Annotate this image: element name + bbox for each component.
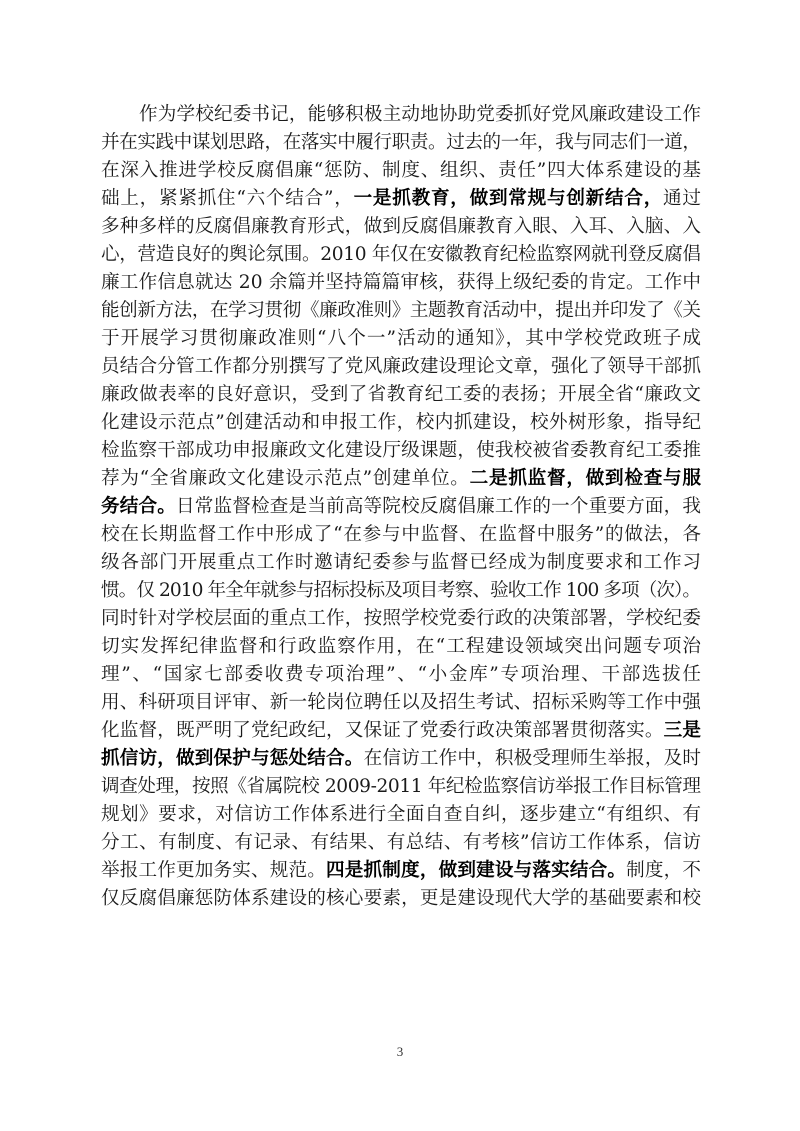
text-segment: 廉政做表率的良好意识，受到了省教育纪工委的表扬；开展全省“廉政文: [101, 384, 701, 405]
text-segment: 级各部门开展重点工作时邀请纪委参与监督已经成为制度要求和工作习: [101, 552, 702, 573]
text-line: 用、科研项目评审、新一轮岗位聘任以及招生考试、招标采购等工作中强: [101, 689, 701, 717]
text-line: 心，营造良好的舆论氛围。2010 年仅在安徽教育纪检监察网就刊登反腐倡: [101, 241, 701, 269]
text-segment: 同时针对学校层面的重点工作，按照学校党委行政的决策部署，学校纪委: [101, 608, 701, 629]
text-segment: 化建设示范点”创建活动和申报工作，校内抓建设，校外树形象，指导纪: [101, 412, 701, 433]
text-segment: 校在长期监督工作中形成了“在参与中监督、在监督中服务”的做法，各: [101, 524, 702, 545]
text-line: 廉工作信息就达 20 余篇并坚持篇篇审核，获得上级纪委的肯定。工作中: [101, 269, 701, 297]
text-line: 切实发挥纪律监督和行政监察作用，在“工程建设领域突出问题专项治: [101, 633, 701, 661]
bold-heading-segment: 抓信访，做到保护与惩处结合。: [101, 748, 364, 769]
text-segment: 多种多样的反腐倡廉教育形式，做到反腐倡廉教育入眼、入耳、入脑、入: [101, 216, 701, 237]
text-segment: 举报工作更加务实、规范。: [101, 860, 326, 881]
text-segment: 规划》要求，对信访工作体系进行全面自查自纠，逐步建立“有组织、有: [101, 804, 701, 825]
text-line: 理”、“国家七部委收费专项治理”、“小金库”专项治理、干部选拔任: [101, 661, 701, 689]
text-segment: 荐为“全省廉政文化建设示范点”创建单位。: [101, 468, 470, 489]
text-line: 多种多样的反腐倡廉教育形式，做到反腐倡廉教育入眼、入耳、入脑、入: [101, 213, 701, 241]
text-line: 化建设示范点”创建活动和申报工作，校内抓建设，校外树形象，指导纪: [101, 409, 701, 437]
text-line: 惯。仅 2010 年全年就参与招标投标及项目考察、验收工作 100 多项（次）。: [101, 577, 701, 605]
text-segment: 心，营造良好的舆论氛围。2010 年仅在安徽教育纪检监察网就刊登反腐倡: [101, 244, 701, 265]
text-segment: 惯。仅 2010 年全年就参与招标投标及项目考察、验收工作 100 多项（次）。: [101, 580, 700, 601]
text-segment: 础上，紧紧抓住“六个结合”，: [101, 188, 354, 209]
page-number: 3: [380, 1044, 420, 1060]
text-segment: 制度，不: [626, 860, 701, 881]
text-segment: 仅反腐倡廉惩防体系建设的核心要素，更是建设现代大学的基础要素和校: [101, 888, 701, 909]
text-line: 作为学校纪委书记，能够积极主动地协助党委抓好党风廉政建设工作: [101, 101, 701, 129]
text-segment: 员结合分管工作都分别撰写了党风廉政建设理论文章，强化了领导干部抓: [101, 356, 701, 377]
text-line: 校在长期监督工作中形成了“在参与中监督、在监督中服务”的做法，各: [101, 521, 701, 549]
text-segment: 在深入推进学校反腐倡廉“惩防、制度、组织、责任”四大体系建设的基: [101, 160, 702, 181]
text-line: 于开展学习贯彻廉政准则“八个一”活动的通知》，其中学校党政班子成: [101, 325, 701, 353]
text-line: 廉政做表率的良好意识，受到了省教育纪工委的表扬；开展全省“廉政文: [101, 381, 701, 409]
text-segment: 化监督，既严明了党纪政纪，又保证了党委行政决策部署贯彻落实。: [101, 720, 664, 741]
text-segment: 分工、有制度、有记录、有结果、有总结、有考核”信访工作体系，信访: [101, 832, 701, 853]
text-line: 分工、有制度、有记录、有结果、有总结、有考核”信访工作体系，信访: [101, 829, 701, 857]
text-segment: 通过: [663, 188, 702, 209]
text-segment: 日常监督检查是当前高等院校反腐倡廉工作的一个重要方面，我: [176, 496, 701, 517]
text-segment: 能创新方法，在学习贯彻《廉政准则》主题教育活动中，提出并印发了《关: [101, 300, 701, 321]
text-segment: 廉工作信息就达 20 余篇并坚持篇篇审核，获得上级纪委的肯定。工作中: [101, 272, 701, 293]
text-line: 同时针对学校层面的重点工作，按照学校党委行政的决策部署，学校纪委: [101, 605, 701, 633]
bold-heading-segment: 务结合。: [101, 496, 176, 517]
text-segment: 作为学校纪委书记，能够积极主动地协助党委抓好党风廉政建设工作: [139, 104, 701, 125]
text-line: 举报工作更加务实、规范。四是抓制度，做到建设与落实结合。制度，不: [101, 857, 701, 885]
text-line: 础上，紧紧抓住“六个结合”，一是抓教育，做到常规与创新结合，通过: [101, 185, 701, 213]
text-line: 检监察干部成功申报廉政文化建设厅级课题，使我校被省委教育纪工委推: [101, 437, 701, 465]
text-line: 能创新方法，在学习贯彻《廉政准则》主题教育活动中，提出并印发了《关: [101, 297, 701, 325]
text-line: 荐为“全省廉政文化建设示范点”创建单位。二是抓监督，做到检查与服: [101, 465, 701, 493]
text-segment: 切实发挥纪律监督和行政监察作用，在“工程建设领域突出问题专项治: [101, 636, 702, 657]
bold-heading-segment: 二是抓监督，做到检查与服: [470, 468, 702, 489]
text-line: 规划》要求，对信访工作体系进行全面自查自纠，逐步建立“有组织、有: [101, 801, 701, 829]
bold-heading-segment: 四是抓制度，做到建设与落实结合。: [326, 860, 626, 881]
document-page: 作为学校纪委书记，能够积极主动地协助党委抓好党风廉政建设工作并在实践中谋划思路，…: [0, 0, 800, 1131]
text-segment: 并在实践中谋划思路，在落实中履行职责。过去的一年，我与同志们一道，: [101, 132, 701, 153]
body-paragraph: 作为学校纪委书记，能够积极主动地协助党委抓好党风廉政建设工作并在实践中谋划思路，…: [101, 101, 701, 913]
text-segment: 理”、“国家七部委收费专项治理”、“小金库”专项治理、干部选拔任: [101, 664, 703, 685]
text-line: 调查处理，按照《省属院校 2009-2011 年纪检监察信访举报工作目标管理: [101, 773, 701, 801]
text-segment: 于开展学习贯彻廉政准则“八个一”活动的通知》，其中学校党政班子成: [101, 328, 702, 349]
bold-heading-segment: 三是: [664, 720, 702, 741]
text-line: 化监督，既严明了党纪政纪，又保证了党委行政决策部署贯彻落实。三是: [101, 717, 701, 745]
text-line: 在深入推进学校反腐倡廉“惩防、制度、组织、责任”四大体系建设的基: [101, 157, 701, 185]
bold-heading-segment: 一是抓教育，做到常规与创新结合，: [354, 188, 663, 209]
text-line: 务结合。日常监督检查是当前高等院校反腐倡廉工作的一个重要方面，我: [101, 493, 701, 521]
text-line: 仅反腐倡廉惩防体系建设的核心要素，更是建设现代大学的基础要素和校: [101, 885, 701, 913]
text-line: 并在实践中谋划思路，在落实中履行职责。过去的一年，我与同志们一道，: [101, 129, 701, 157]
text-segment: 在信访工作中，积极受理师生举报，及时: [364, 748, 702, 769]
text-segment: 调查处理，按照《省属院校 2009-2011 年纪检监察信访举报工作目标管理: [101, 776, 701, 797]
text-segment: 检监察干部成功申报廉政文化建设厅级课题，使我校被省委教育纪工委推: [101, 440, 701, 461]
text-line: 抓信访，做到保护与惩处结合。在信访工作中，积极受理师生举报，及时: [101, 745, 701, 773]
text-line: 员结合分管工作都分别撰写了党风廉政建设理论文章，强化了领导干部抓: [101, 353, 701, 381]
text-line: 级各部门开展重点工作时邀请纪委参与监督已经成为制度要求和工作习: [101, 549, 701, 577]
text-segment: 用、科研项目评审、新一轮岗位聘任以及招生考试、招标采购等工作中强: [101, 692, 701, 713]
